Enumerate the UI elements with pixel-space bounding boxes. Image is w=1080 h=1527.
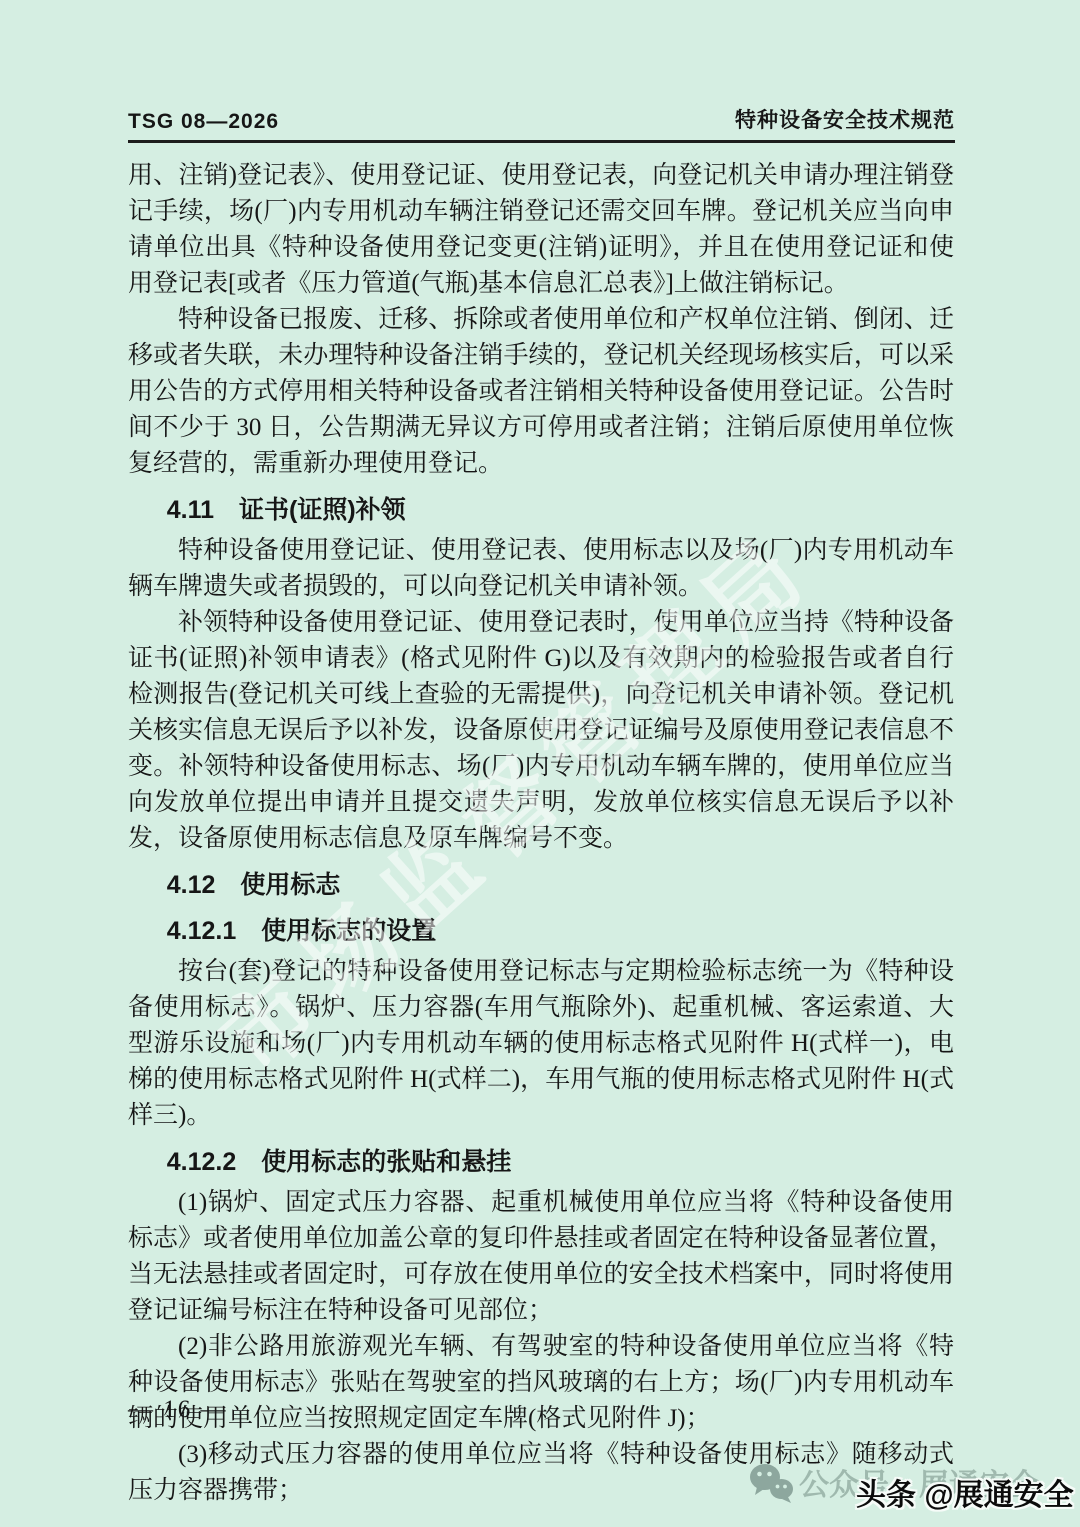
page-number: — 16 —: [128, 1396, 228, 1424]
header-doc-code: TSG 08—2026: [128, 110, 279, 134]
paragraph: (2)非公路用旅游观光车辆、有驾驶室的特种设备使用单位应当将《特种设备使用标志》…: [128, 1329, 954, 1437]
section-heading: 4.12 使用标志: [128, 867, 954, 903]
paragraph: (1)锅炉、固定式压力容器、起重机械使用单位应当将《特种设备使用标志》或者使用单…: [128, 1185, 954, 1329]
section-heading: 4.12.2 使用标志的张贴和悬挂: [128, 1144, 954, 1180]
page-footer: 公众号：展通安全 头条 @展通安全: [0, 1450, 1080, 1520]
wechat-icon: [748, 1462, 794, 1509]
toutiao-account-label: 头条 @展通安全: [856, 1470, 1074, 1514]
document-body: 用、注销)登记表》、使用登记证、使用登记表，向登记机关申请办理注销登记手续，场(…: [128, 158, 954, 1509]
section-heading: 4.11 证书(证照)补领: [128, 492, 954, 528]
document-page: TSG 08—2026 特种设备安全技术规范 用、注销)登记表》、使用登记证、使…: [0, 0, 1080, 1527]
header-doc-title: 特种设备安全技术规范: [735, 104, 955, 134]
paragraph: 特种设备使用登记证、使用登记表、使用标志以及场(厂)内专用机动车辆车牌遗失或者损…: [128, 533, 954, 605]
page-header: TSG 08—2026 特种设备安全技术规范: [128, 104, 955, 143]
paragraph: 特种设备已报废、迁移、拆除或者使用单位和产权单位注销、倒闭、迁移或者失联，未办理…: [128, 302, 954, 482]
section-heading: 4.12.1 使用标志的设置: [128, 913, 954, 949]
paragraph: 用、注销)登记表》、使用登记证、使用登记表，向登记机关申请办理注销登记手续，场(…: [128, 158, 954, 302]
paragraph: 补领特种设备使用登记证、使用登记表时，使用单位应当持《特种设备证书(证照)补领申…: [128, 605, 954, 857]
paragraph: 按台(套)登记的特种设备使用登记标志与定期检验标志统一为《特种设备使用标志》。锅…: [128, 954, 954, 1134]
